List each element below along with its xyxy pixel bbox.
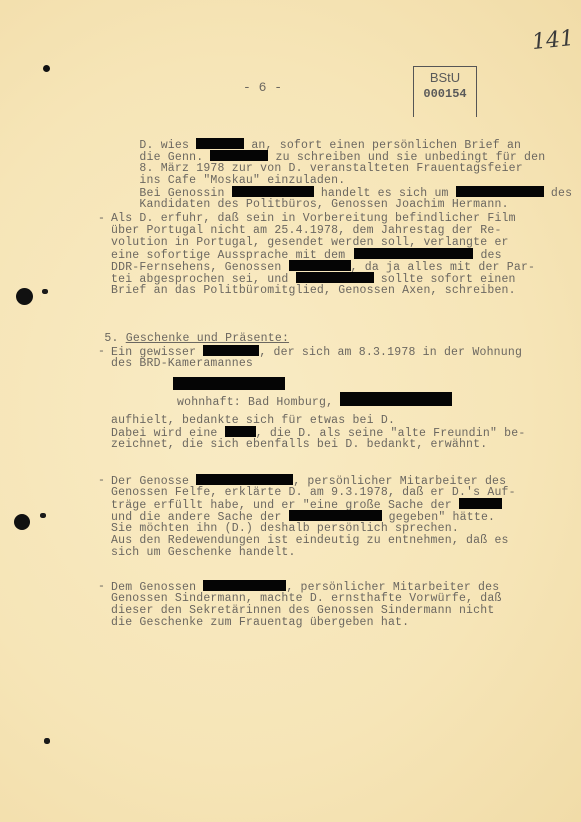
handwritten-page-number: 141	[531, 26, 575, 55]
text: sich um Geschenke handelt.	[111, 546, 296, 559]
speck-mark	[42, 289, 48, 294]
text: des BRD-Kameramannes	[111, 357, 253, 370]
text: wohnhaft: Bad Homburg,	[177, 396, 340, 409]
binder-hole	[16, 288, 33, 305]
stamp-number: 000154	[414, 87, 476, 101]
speck-mark	[44, 738, 50, 744]
item1-line-5: zeichnet, die sich ebenfalls bei D. beda…	[111, 438, 487, 451]
redaction-block	[459, 498, 502, 509]
text: die Geschenke zum Frauentag übergeben ha…	[111, 616, 409, 629]
page-number: - 6 -	[243, 80, 282, 95]
text: Brief an das Politbüromitglied, Genossen…	[111, 284, 516, 297]
binder-hole-mark	[43, 65, 50, 72]
section-number: 5.	[104, 332, 118, 345]
text: , der sich am 8.3.1978 in der Wohnung	[259, 346, 522, 359]
redaction-block	[296, 272, 374, 283]
item2-line-7: sich um Geschenke handelt.	[111, 546, 296, 559]
redaction-block	[203, 345, 259, 356]
text: zeichnet, die sich ebenfalls bei D. beda…	[111, 438, 487, 451]
bullet-dash: -	[98, 474, 105, 487]
item1-address: wohnhaft: Bad Homburg,	[177, 392, 452, 409]
bullet-dash: -	[98, 580, 105, 593]
item1-line-2: des BRD-Kameramannes	[111, 357, 253, 370]
section-title: Geschenke und Präsente:	[126, 332, 289, 345]
redaction-block	[173, 377, 285, 390]
redaction-block	[196, 474, 293, 485]
bstu-stamp: BStU 000154	[413, 66, 477, 117]
text: des	[544, 187, 572, 200]
text: Kandidaten des Politbüros, Genossen Joac…	[139, 198, 508, 211]
redaction-block	[289, 510, 382, 521]
redaction-block	[354, 248, 473, 259]
item3-line-4: die Geschenke zum Frauentag übergeben ha…	[111, 616, 409, 629]
document-page: 141 BStU 000154 - 6 - D. wies an, sofort…	[0, 0, 581, 822]
stamp-label: BStU	[414, 70, 476, 85]
binder-hole	[14, 514, 30, 530]
redaction-block	[225, 426, 256, 437]
bullet-dash: -	[98, 212, 105, 225]
redaction-block	[340, 392, 452, 406]
para2-line-7: Brief an das Politbüromitglied, Genossen…	[111, 284, 516, 297]
redaction-block	[203, 580, 286, 591]
redaction-block	[289, 260, 351, 271]
bullet-dash: -	[98, 345, 105, 358]
speck-mark	[40, 513, 46, 518]
